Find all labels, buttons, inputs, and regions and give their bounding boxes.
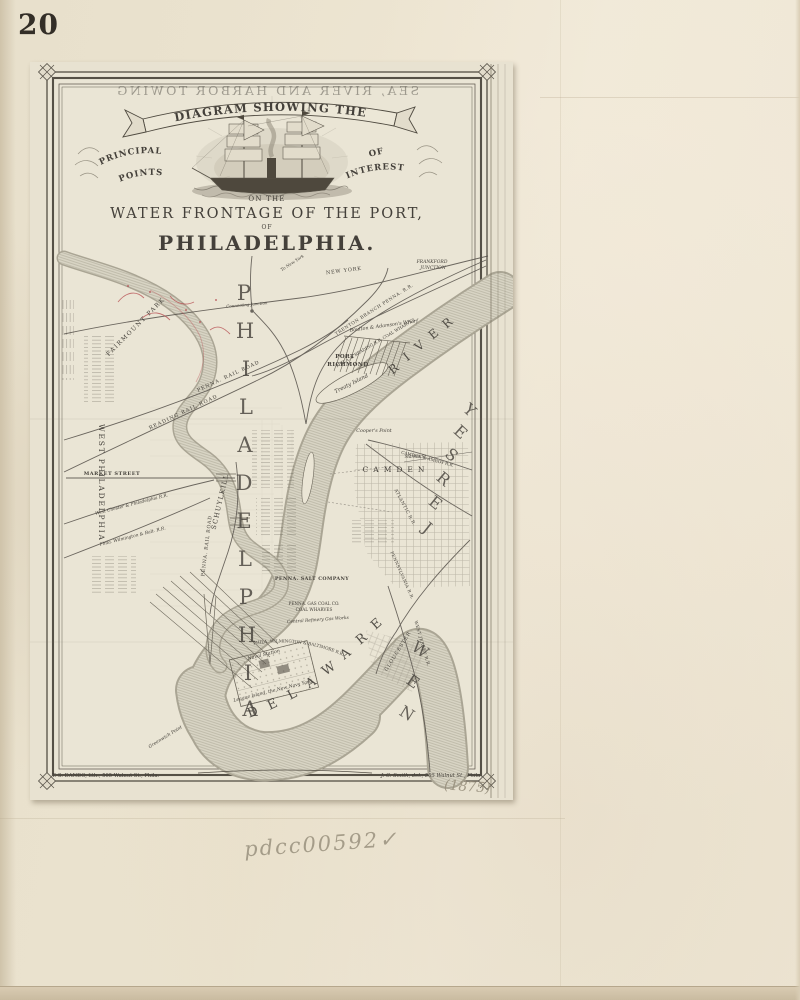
page-crease-top-right xyxy=(540,97,800,98)
giant-letter: I xyxy=(244,661,252,685)
junction-point xyxy=(251,310,254,313)
corner-ornament-top-right xyxy=(479,64,496,81)
giant-letter: D xyxy=(236,471,253,495)
title-philadelphia: PHILADELPHIA. xyxy=(158,231,376,255)
map-engraving: SEA, RIVER AND HARBOR TOWING DIAGRAM SHO… xyxy=(30,62,513,800)
title-of-2: OF xyxy=(261,224,272,231)
label-gas-coal-2: COAL WHARVES xyxy=(296,607,333,612)
catalog-annotation: pdcc00592✓ xyxy=(243,827,399,862)
page-crease-bottom xyxy=(0,818,565,819)
title-on-the: ON THE xyxy=(248,195,285,203)
ship-funnel xyxy=(267,158,276,178)
bleedthrough-text: SEA, RIVER AND HARBOR TOWING xyxy=(115,83,419,98)
page-gutter-shadow xyxy=(0,0,16,1000)
corner-ornament-top-left xyxy=(39,64,56,81)
page-number: 20 xyxy=(18,8,59,41)
label-penna-salt: PENNA. SALT COMPANY xyxy=(275,576,349,582)
label-frankford-2: JUNCTION xyxy=(419,265,446,271)
year-annotation-text: (1875) xyxy=(443,777,491,796)
label-west-philadelphia: WEST PHILADELPHIA xyxy=(97,424,106,542)
year-annotation: (1875) xyxy=(443,777,491,796)
label-coopers-point: Cooper's Point xyxy=(356,428,391,434)
label-port-richmond-2: RICHMOND xyxy=(327,362,368,368)
credit-lithographer: T. S. DANDO, lith., 505 Walnut St., Phil… xyxy=(52,773,160,779)
label-market-street: MARKET STREET xyxy=(84,471,141,477)
giant-letter: H xyxy=(236,319,254,343)
giant-letter: A xyxy=(236,433,253,457)
giant-letter: E xyxy=(236,509,251,533)
check-mark: ✓ xyxy=(378,827,399,852)
giant-letter: L xyxy=(238,547,252,571)
giant-letter: L xyxy=(239,395,253,419)
map-sheet: SEA, RIVER AND HARBOR TOWING DIAGRAM SHO… xyxy=(30,62,513,800)
label-frankford-1: FRANKFORD xyxy=(416,259,448,265)
label-camden: CAMDEN xyxy=(363,465,430,474)
title-water-frontage: WATER FRONTAGE OF THE PORT, xyxy=(110,206,424,222)
page-bottom-edge xyxy=(0,986,800,1000)
page-right-edge xyxy=(795,0,800,1000)
giant-letter: P xyxy=(239,585,253,609)
catalog-annotation-text: pdcc00592 xyxy=(243,828,380,861)
label-gas-coal-1: PENNA. GAS COAL CO. xyxy=(289,601,340,606)
page-fold-vertical xyxy=(560,0,561,1000)
